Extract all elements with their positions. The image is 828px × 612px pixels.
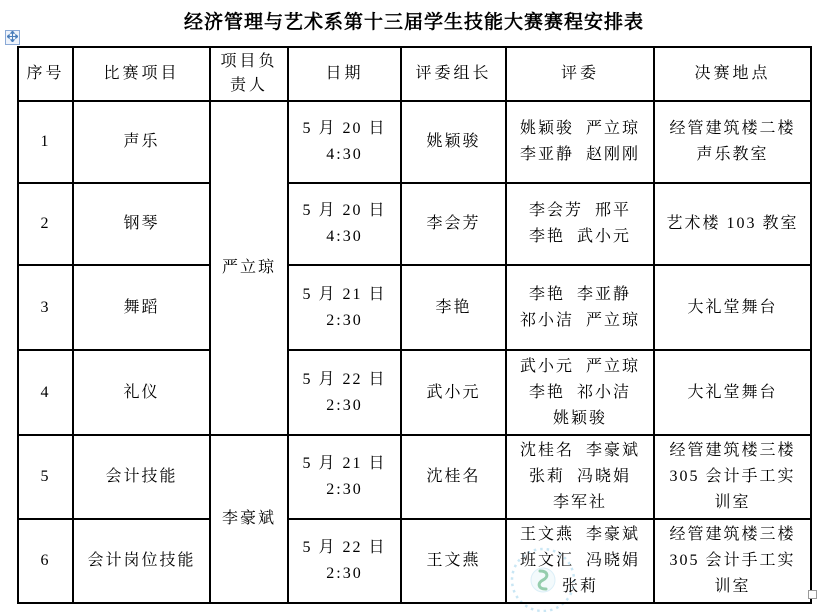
cell-leader-group2[interactable]: 李豪斌	[210, 435, 288, 603]
cell-date[interactable]: 5 月 21 日 2:30	[288, 435, 401, 519]
cell-date[interactable]: 5 月 22 日 2:30	[288, 350, 401, 435]
move-arrows-icon	[7, 29, 18, 47]
cell-judges[interactable]: 沈桂名 李豪斌 张莉 冯晓娟 李军社	[506, 435, 654, 519]
cell-event[interactable]: 礼仪	[73, 350, 210, 435]
cell-judges[interactable]: 李艳 李亚静 祁小洁 严立琼	[506, 265, 654, 350]
cell-chief[interactable]: 李会芳	[401, 183, 506, 265]
cell-no[interactable]: 1	[18, 101, 73, 183]
cell-date[interactable]: 5 月 21 日 2:30	[288, 265, 401, 350]
cell-no[interactable]: 5	[18, 435, 73, 519]
cell-leader-group1[interactable]: 严立琼	[210, 101, 288, 435]
table-row: 6 会计岗位技能 5 月 22 日 2:30 王文燕 王文燕 李豪斌 班文汇 冯…	[18, 519, 811, 603]
header-judges[interactable]: 评委	[506, 47, 654, 101]
cell-chief[interactable]: 李艳	[401, 265, 506, 350]
cell-date[interactable]: 5 月 20 日 4:30	[288, 183, 401, 265]
cell-event[interactable]: 声乐	[73, 101, 210, 183]
cell-event[interactable]: 会计岗位技能	[73, 519, 210, 603]
cell-venue[interactable]: 大礼堂舞台	[654, 265, 811, 350]
table-row: 1 声乐 严立琼 5 月 20 日 4:30 姚颖骏 姚颖骏 严立琼 李亚静 赵…	[18, 101, 811, 183]
cell-event[interactable]: 舞蹈	[73, 265, 210, 350]
document-page: 经济管理与艺术系第十三届学生技能大赛赛程安排表	[0, 0, 828, 612]
header-venue[interactable]: 决赛地点	[654, 47, 811, 101]
table-row: 4 礼仪 5 月 22 日 2:30 武小元 武小元 严立琼 李艳 祁小洁 姚颖…	[18, 350, 811, 435]
table-row: 3 舞蹈 5 月 21 日 2:30 李艳 李艳 李亚静 祁小洁 严立琼 大礼堂…	[18, 265, 811, 350]
cell-no[interactable]: 3	[18, 265, 73, 350]
cell-chief[interactable]: 武小元	[401, 350, 506, 435]
cell-chief[interactable]: 沈桂名	[401, 435, 506, 519]
cell-chief[interactable]: 姚颖骏	[401, 101, 506, 183]
header-chief-judge[interactable]: 评委组长	[401, 47, 506, 101]
cell-date[interactable]: 5 月 22 日 2:30	[288, 519, 401, 603]
schedule-table: 序号 比赛项目 项目负责人 日期 评委组长 评委 决赛地点 1 声乐 严立琼 5…	[17, 46, 812, 604]
cell-no[interactable]: 4	[18, 350, 73, 435]
cell-date[interactable]: 5 月 20 日 4:30	[288, 101, 401, 183]
cell-event[interactable]: 会计技能	[73, 435, 210, 519]
cell-judges[interactable]: 李会芳 邢平 李艳 武小元	[506, 183, 654, 265]
table-resize-handle[interactable]	[808, 590, 817, 599]
cell-chief[interactable]: 王文燕	[401, 519, 506, 603]
table-row: 5 会计技能 李豪斌 5 月 21 日 2:30 沈桂名 沈桂名 李豪斌 张莉 …	[18, 435, 811, 519]
cell-venue[interactable]: 经管建筑楼三楼 305 会计手工实 训室	[654, 519, 811, 603]
cell-event[interactable]: 钢琴	[73, 183, 210, 265]
cell-venue[interactable]: 经管建筑楼二楼 声乐教室	[654, 101, 811, 183]
header-leader[interactable]: 项目负责人	[210, 47, 288, 101]
header-no[interactable]: 序号	[18, 47, 73, 101]
cell-venue[interactable]: 大礼堂舞台	[654, 350, 811, 435]
header-date[interactable]: 日期	[288, 47, 401, 101]
cell-judges[interactable]: 王文燕 李豪斌 班文汇 冯晓娟 张莉	[506, 519, 654, 603]
header-event[interactable]: 比赛项目	[73, 47, 210, 101]
cell-judges[interactable]: 姚颖骏 严立琼 李亚静 赵刚刚	[506, 101, 654, 183]
table-row: 2 钢琴 5 月 20 日 4:30 李会芳 李会芳 邢平 李艳 武小元 艺术楼…	[18, 183, 811, 265]
cell-judges[interactable]: 武小元 严立琼 李艳 祁小洁 姚颖骏	[506, 350, 654, 435]
header-row: 序号 比赛项目 项目负责人 日期 评委组长 评委 决赛地点	[18, 47, 811, 101]
cell-venue[interactable]: 经管建筑楼三楼 305 会计手工实 训室	[654, 435, 811, 519]
page-title[interactable]: 经济管理与艺术系第十三届学生技能大赛赛程安排表	[0, 8, 828, 38]
cell-venue[interactable]: 艺术楼 103 教室	[654, 183, 811, 265]
cell-no[interactable]: 6	[18, 519, 73, 603]
cell-no[interactable]: 2	[18, 183, 73, 265]
table-move-handle[interactable]	[5, 30, 20, 45]
